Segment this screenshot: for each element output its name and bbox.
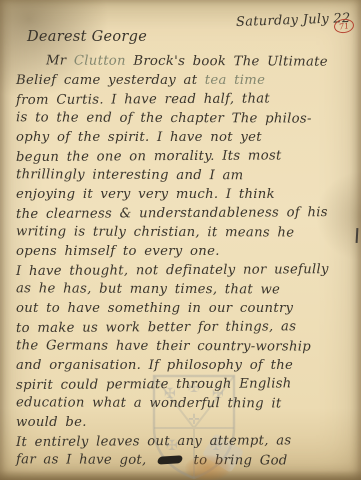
letter-line: education what a wonderful thing it bbox=[16, 393, 353, 413]
letter-line: Mr Clutton Brock's book The Ultimate bbox=[16, 51, 353, 71]
text-segment: writing is truly christian, it means he bbox=[16, 224, 294, 240]
text-segment: opens himself to every one. bbox=[16, 244, 220, 259]
text-segment: and organisation. If philosophy of the bbox=[16, 358, 293, 373]
text-segment: Belief came yesterday at bbox=[16, 73, 205, 88]
letter-line: I have thought, not definately nor usefu… bbox=[16, 260, 353, 281]
letter-line: ophy of the spirit. I have not yet bbox=[16, 128, 353, 147]
stain bbox=[185, 455, 231, 480]
page-number-annotation: 71 bbox=[333, 18, 355, 35]
letter-line: the Germans have their country-worship bbox=[16, 336, 353, 356]
text-segment: ophy of the spirit. I have not yet bbox=[16, 130, 262, 145]
letter-line: and organisation. If philosophy of the bbox=[16, 356, 353, 375]
text-segment: tea time bbox=[205, 73, 265, 88]
text-segment: the clearness & understandableness of hi… bbox=[16, 205, 328, 222]
text-segment: the Germans have their country-worship bbox=[16, 338, 311, 354]
letter-line: thrillingly interesting and I am bbox=[16, 165, 353, 185]
letter-line: out to have something in our country bbox=[16, 299, 353, 318]
text-segment: Mr bbox=[46, 53, 74, 68]
text-segment: out to have something in our country bbox=[16, 301, 293, 316]
text-segment: is to the end of the chapter The philos- bbox=[16, 110, 312, 126]
scribble-mark bbox=[156, 455, 184, 465]
letter-line: Belief came yesterday at tea time bbox=[16, 71, 353, 90]
text-segment: thrillingly interesting and I am bbox=[16, 167, 244, 183]
letter-line: is to the end of the chapter The philos- bbox=[16, 108, 353, 128]
text-segment: enjoying it very very much. I think bbox=[16, 187, 275, 202]
text-segment: spirit could permiate through English bbox=[16, 376, 292, 393]
letter-line: would be. bbox=[16, 413, 353, 432]
pen-edge-mark bbox=[356, 228, 359, 243]
letter-line: opens himself to every one. bbox=[16, 242, 353, 261]
text-segment: would be. bbox=[16, 415, 87, 430]
letter-line: from Curtis. I have read half, that bbox=[16, 89, 353, 110]
letter-body: Mr Clutton Brock's book The UltimateBeli… bbox=[16, 52, 353, 470]
text-segment: I have thought, not definately nor usefu… bbox=[16, 262, 329, 279]
letter-line: the clearness & understandableness of hi… bbox=[16, 203, 353, 224]
text-segment: from Curtis. I have read half, that bbox=[16, 91, 270, 108]
text-segment: begun the one on morality. Its most bbox=[16, 148, 282, 165]
letter-line: writing is truly christian, it means he bbox=[16, 222, 353, 242]
text-segment: It entirely leaves out any attempt, as bbox=[16, 433, 292, 450]
letter-line: It entirely leaves out any attempt, as bbox=[16, 431, 353, 452]
salutation: Dearest George bbox=[27, 29, 147, 45]
letter-line: enjoying it very very much. I think bbox=[16, 185, 353, 204]
text-segment: education what a wonderful thing it bbox=[16, 395, 282, 411]
letter-line: to make us work better for things, as bbox=[16, 317, 353, 338]
text-segment: far as I have got, bbox=[16, 452, 154, 468]
letter-page: ✠ ✠ ✠ ✠ ✠ ✛ Saturday July 22 71 Dearest … bbox=[0, 0, 361, 480]
text-segment: to make us work better for things, as bbox=[16, 319, 296, 336]
text-segment: Clutton bbox=[74, 54, 134, 69]
letter-line: as he has, but many times, that we bbox=[16, 279, 353, 299]
letter-line: begun the one on morality. Its most bbox=[16, 146, 353, 167]
letter-line: spirit could permiate through English bbox=[16, 374, 353, 395]
text-segment: Brock's book The Ultimate bbox=[133, 54, 328, 70]
text-segment: as he has, but many times, that we bbox=[16, 281, 280, 297]
